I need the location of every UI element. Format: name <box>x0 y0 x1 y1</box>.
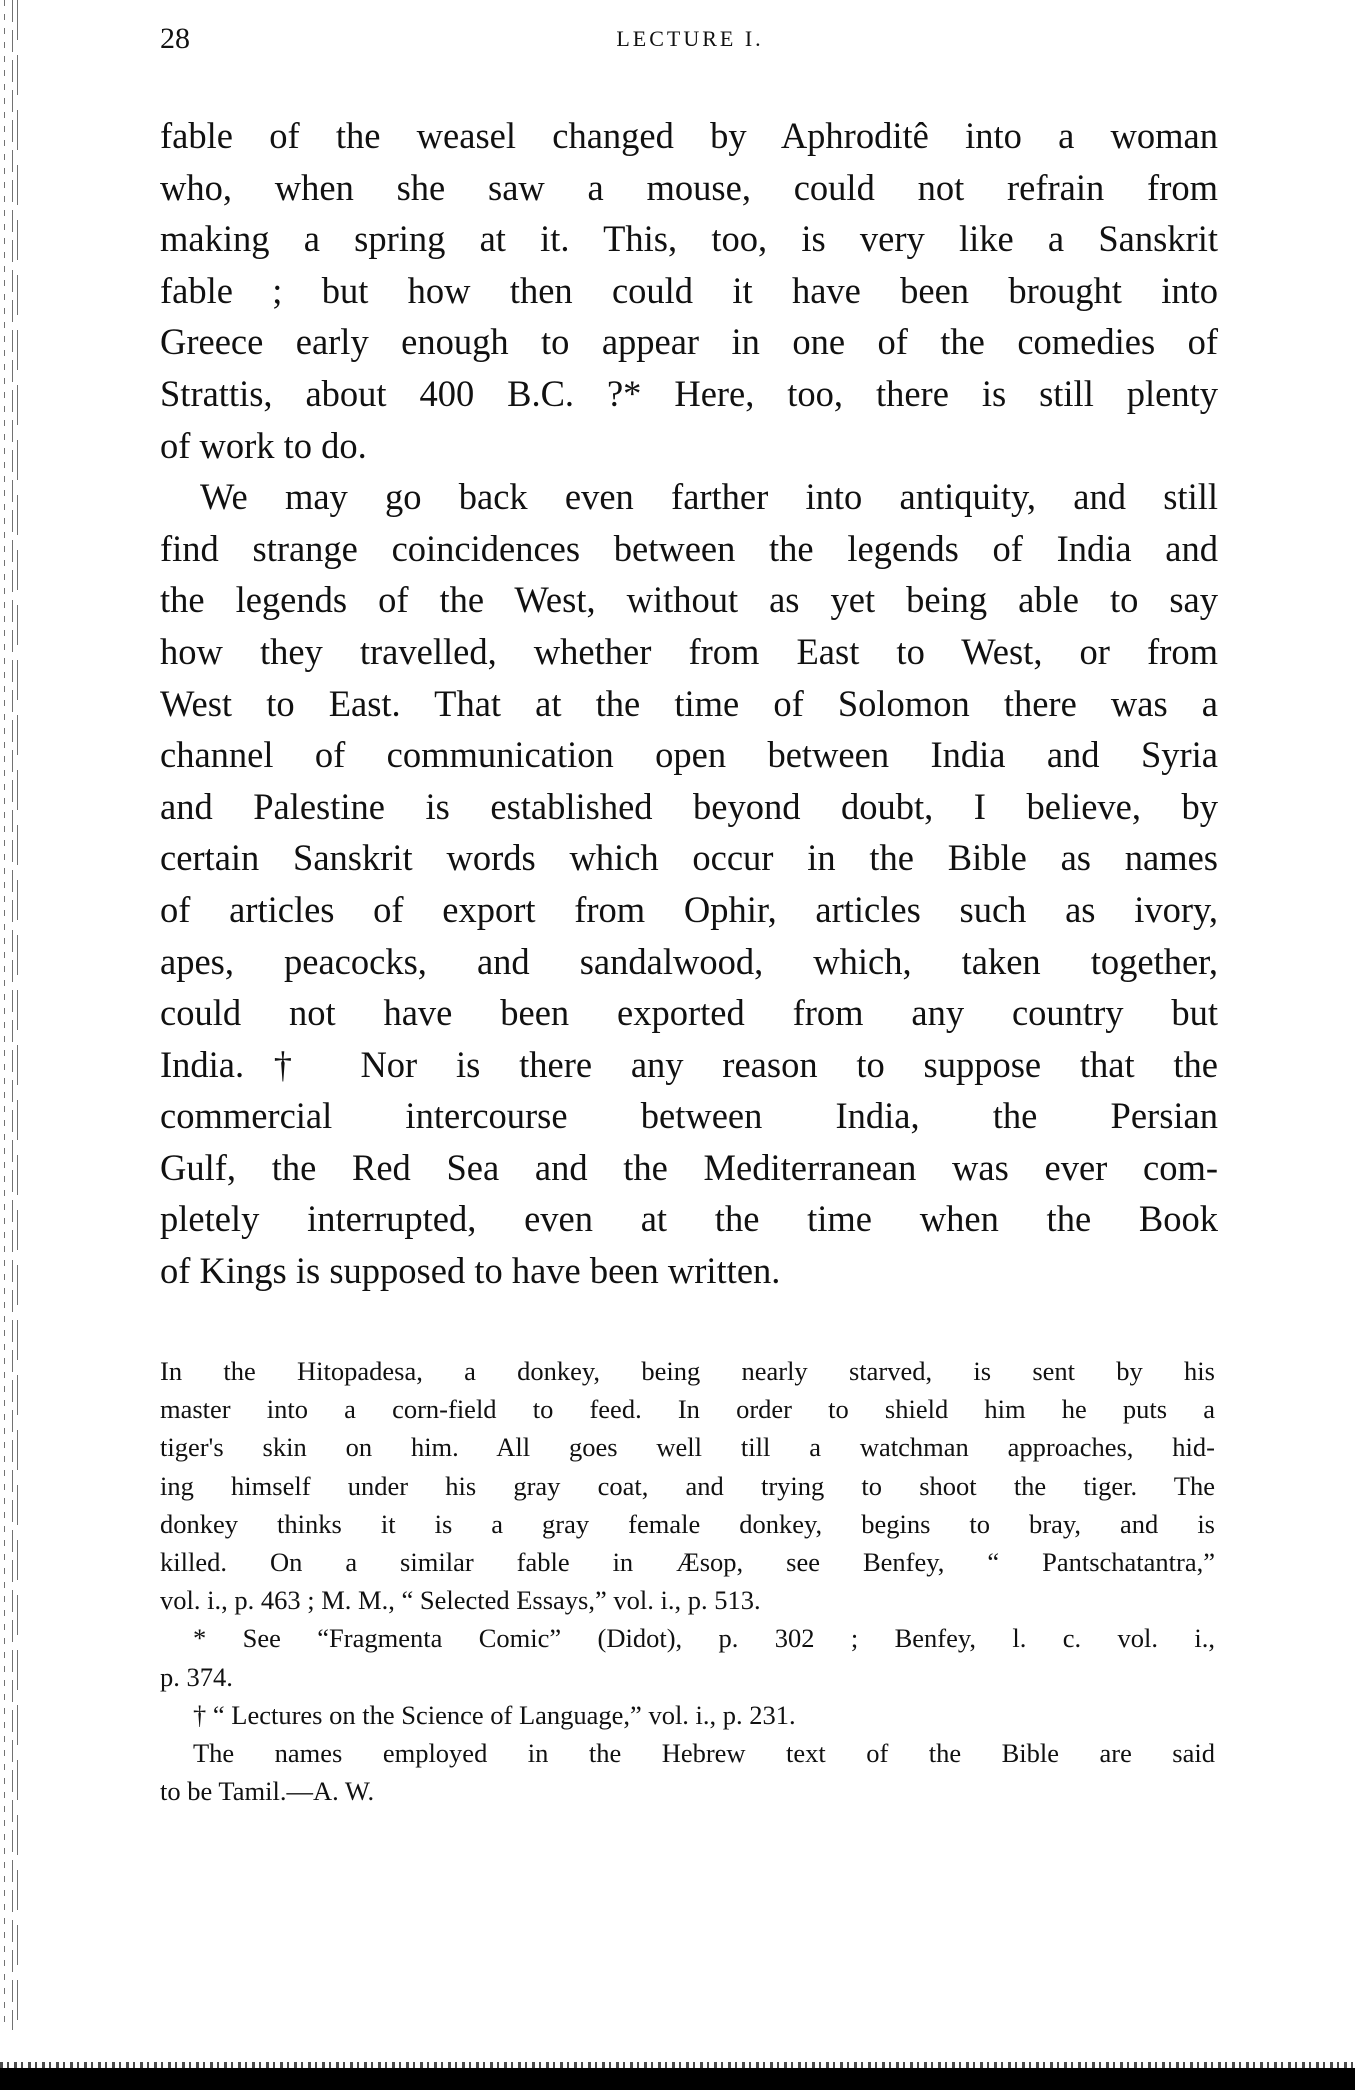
footnote-line: vol. i., p. 463 ; M. M., “ Selected Essa… <box>160 1581 1215 1619</box>
text-line: West to East. That at the time of Solomo… <box>160 678 1218 730</box>
body-text: fable of the weasel changed by Aphroditê… <box>160 110 1218 1297</box>
text-line: fable ; but how then could it have been … <box>160 265 1218 317</box>
text-line: channel of communication open between In… <box>160 729 1218 781</box>
text-line: of articles of export from Ophir, articl… <box>160 884 1218 936</box>
text-line: how they travelled, whether from East to… <box>160 626 1218 678</box>
text-line: of work to do. <box>160 420 1218 472</box>
footnote-line: p. 374. <box>160 1658 1215 1696</box>
footnote-line: master into a corn-field to feed. In ord… <box>160 1390 1215 1428</box>
text-line: who, when she saw a mouse, could not ref… <box>160 162 1218 214</box>
text-line: India.† Nor is there any reason to suppo… <box>160 1039 1218 1091</box>
text-line: certain Sanskrit words which occur in th… <box>160 832 1218 884</box>
text-line: Greece early enough to appear in one of … <box>160 316 1218 368</box>
text-line: commercial intercourse between India, th… <box>160 1090 1218 1142</box>
text-line: pletely interrupted, even at the time wh… <box>160 1193 1218 1245</box>
text-line: could not have been exported from any co… <box>160 987 1218 1039</box>
footnote-line: killed. On a similar fable in Æsop, see … <box>160 1543 1215 1581</box>
running-header: 28 LECTURE I. <box>160 22 1220 62</box>
footnote-line: tiger's skin on him. All goes well till … <box>160 1428 1215 1466</box>
footnote-line: donkey thinks it is a gray female donkey… <box>160 1505 1215 1543</box>
footnote-line: The names employed in the Hebrew text of… <box>160 1734 1215 1772</box>
text-line: of Kings is supposed to have been writte… <box>160 1245 1218 1297</box>
footnote-line: ing himself under his gray coat, and try… <box>160 1467 1215 1505</box>
text-line: and Palestine is established beyond doub… <box>160 781 1218 833</box>
scan-margin-artifacts <box>0 0 40 2030</box>
footnote-line: In the Hitopadesa, a donkey, being nearl… <box>160 1352 1215 1390</box>
text-line: We may go back even farther into antiqui… <box>160 471 1218 523</box>
text-line: Strattis, about 400 B.C. ?* Here, too, t… <box>160 368 1218 420</box>
text-line: the legends of the West, without as yet … <box>160 574 1218 626</box>
footnotes: In the Hitopadesa, a donkey, being nearl… <box>160 1352 1215 1810</box>
text-line: making a spring at it. This, too, is ver… <box>160 213 1218 265</box>
footnote-line: to be Tamil.—A. W. <box>160 1772 1215 1810</box>
footnote-dagger: † “ Lectures on the Science of Language,… <box>160 1696 1215 1734</box>
text-line: apes, peacocks, and sandalwood, which, t… <box>160 936 1218 988</box>
text-line: fable of the weasel changed by Aphroditê… <box>160 110 1218 162</box>
text-line: Gulf, the Red Sea and the Mediterranean … <box>160 1142 1218 1194</box>
running-title: LECTURE I. <box>160 26 1220 52</box>
text-line: find strange coincidences between the le… <box>160 523 1218 575</box>
footnote-star: * See “Fragmenta Comic” (Didot), p. 302 … <box>160 1619 1215 1657</box>
scan-bottom-edge <box>0 2068 1355 2090</box>
